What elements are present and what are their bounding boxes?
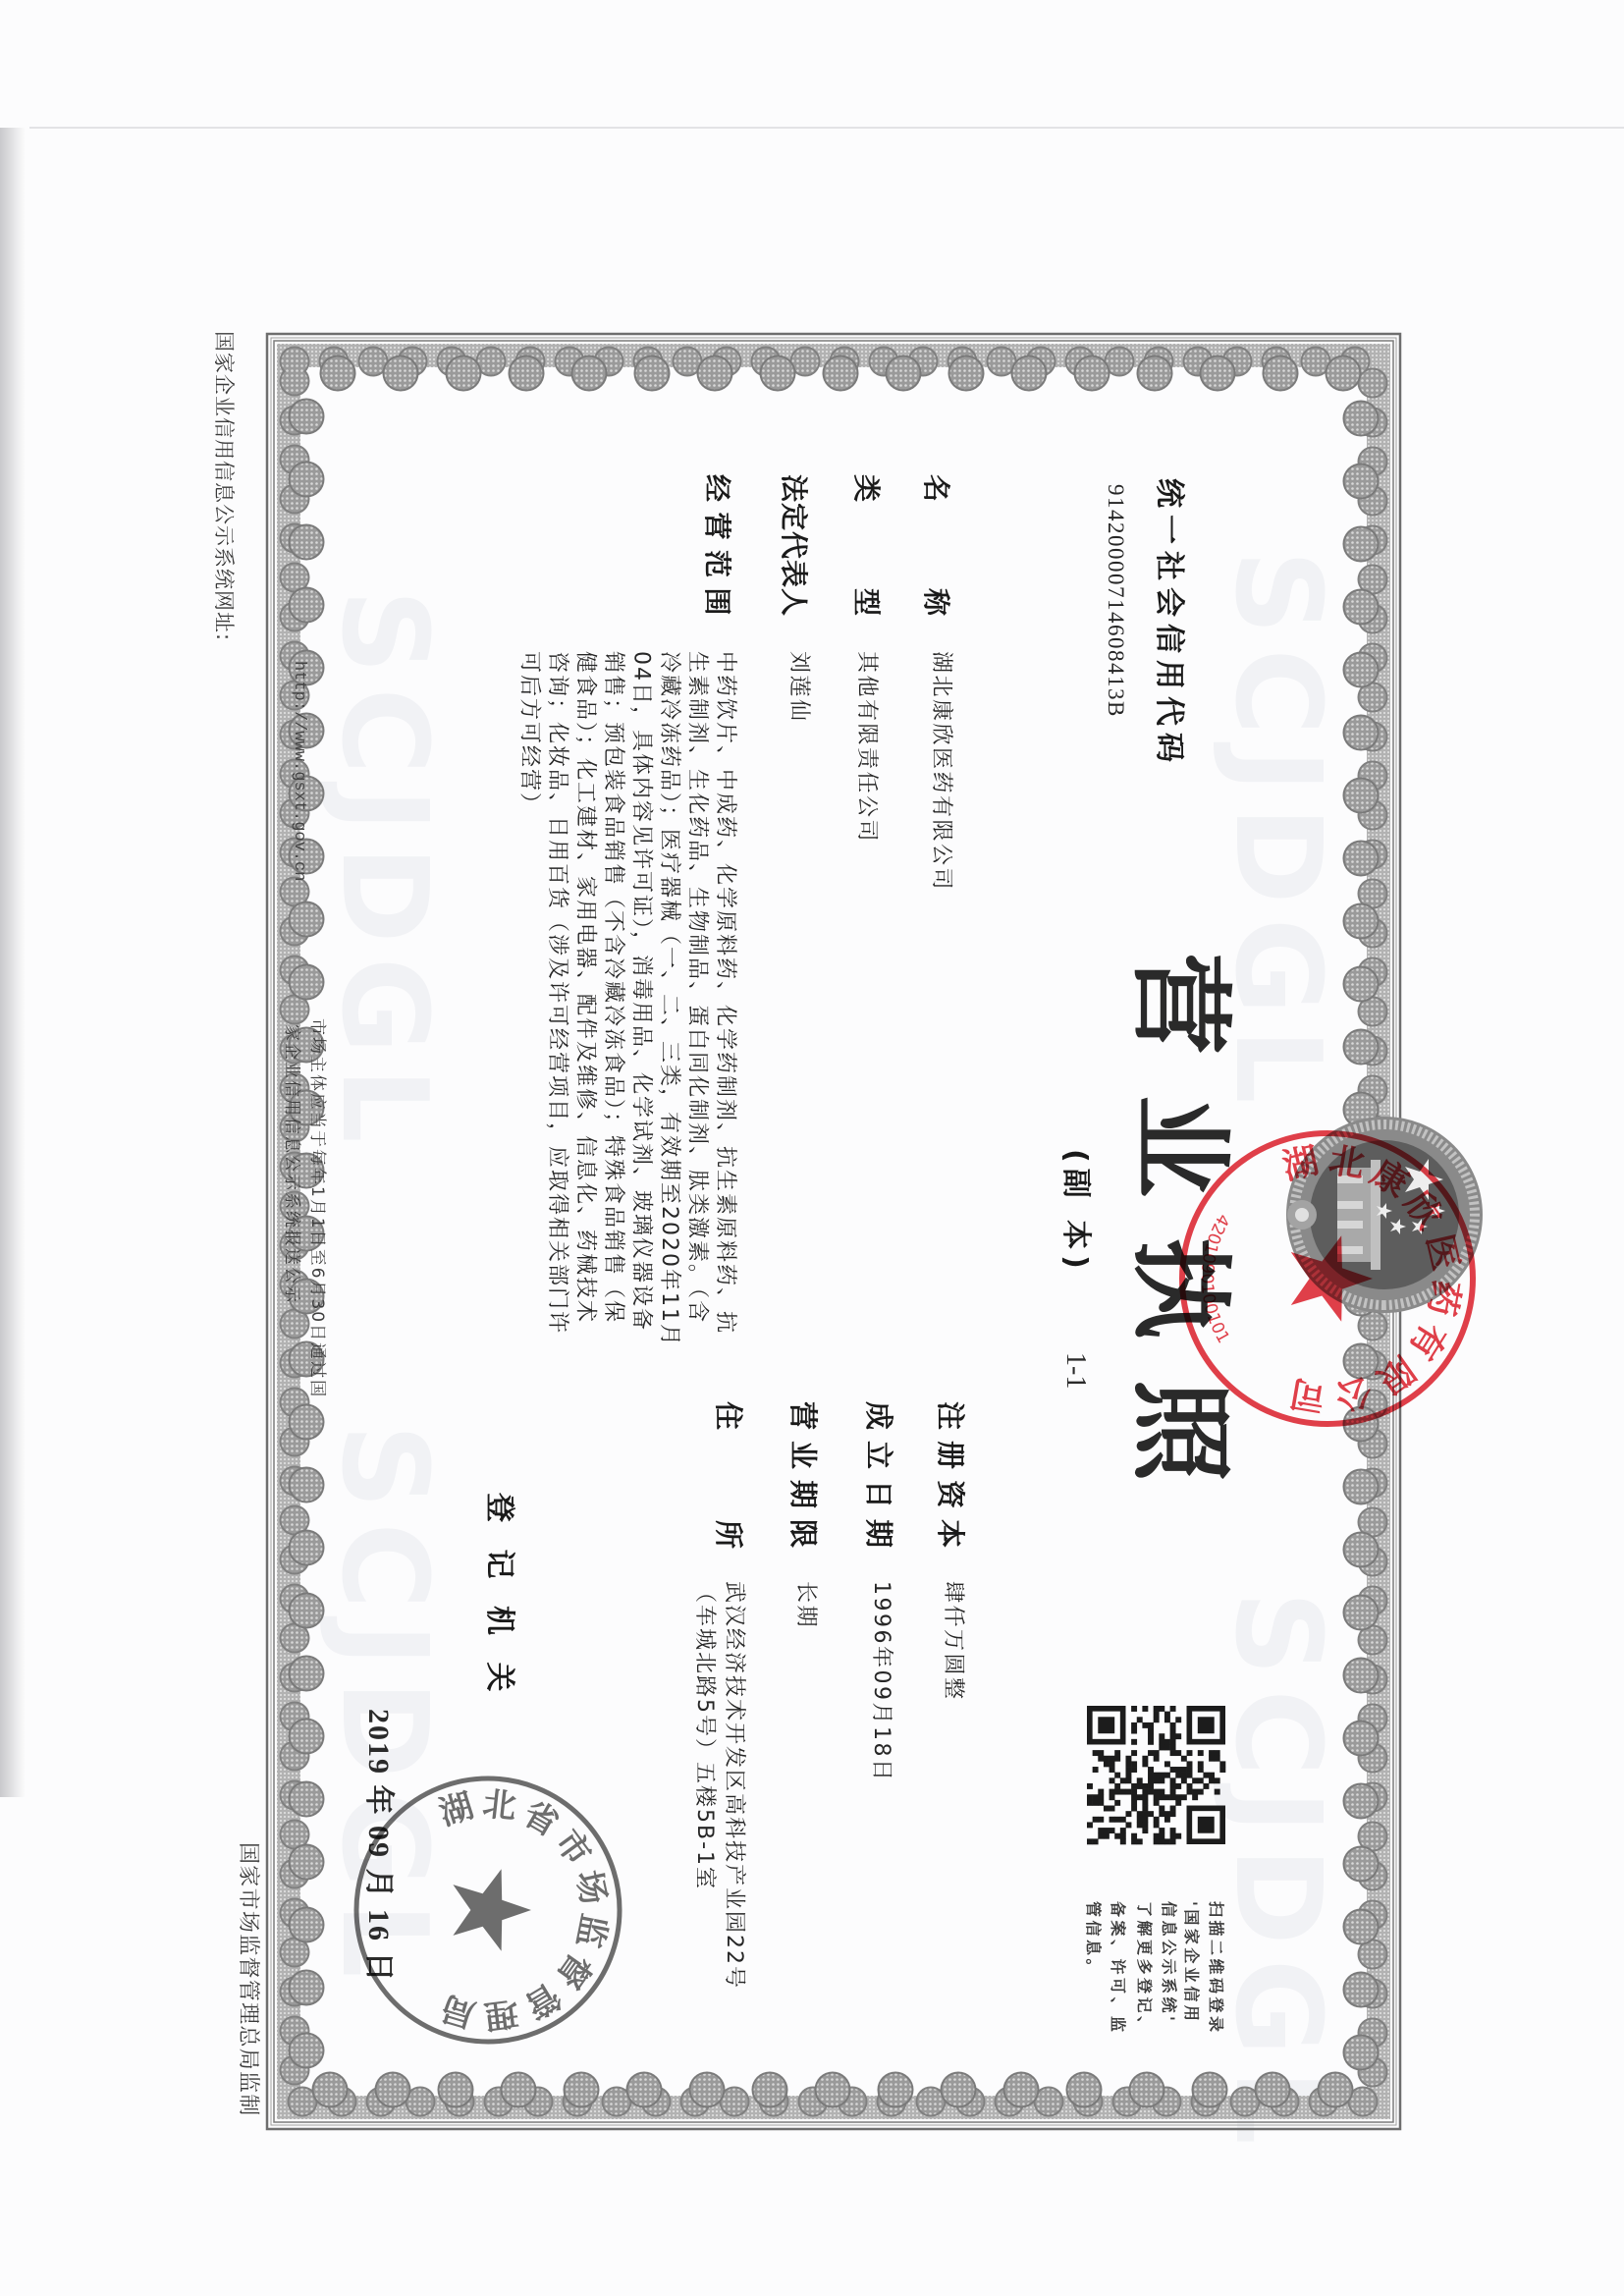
company-seal-number: 4201090100101: [1197, 1211, 1233, 1347]
company-seal: 湖北康欣医药有限公司 4201090100101: [0, 0, 1624, 2296]
svg-text:4201090100101: 4201090100101: [1197, 1211, 1233, 1347]
star-icon: [1291, 1235, 1373, 1321]
